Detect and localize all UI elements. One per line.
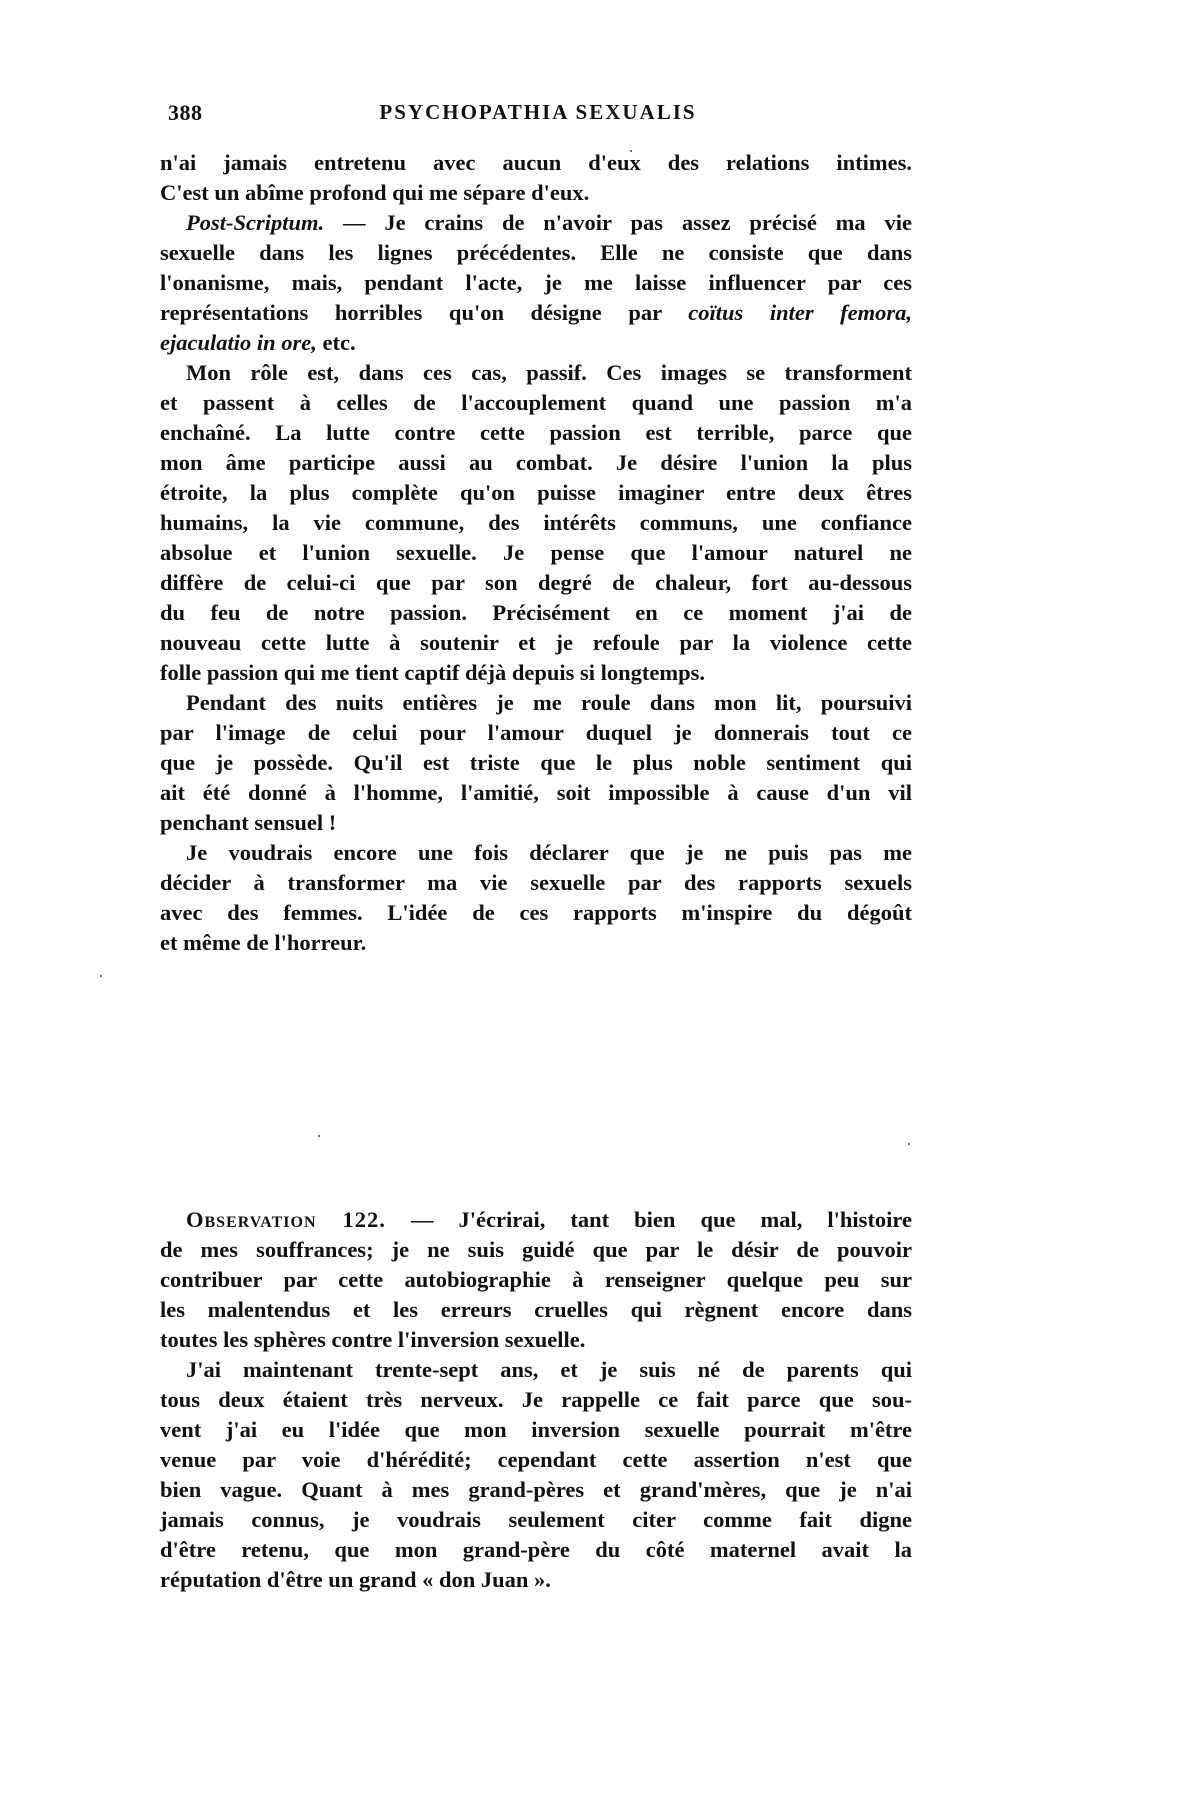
italic-term: coïtus inter femora, — [688, 300, 912, 325]
line-text: — J'écrirai, tant bien que mal, l'histoi… — [386, 1207, 912, 1232]
line-text: réputation d'être un grand « don Juan ». — [160, 1567, 551, 1592]
print-speck — [630, 150, 632, 152]
line-text: folle passion qui me tient captif déjà d… — [160, 660, 705, 685]
line-text: vent j'ai eu l'idée que mon inversion se… — [160, 1417, 912, 1442]
line-text: Je voudrais encore une fois déclarer que… — [186, 840, 912, 865]
line-text: et même de l'horreur. — [160, 930, 366, 955]
line-text: humains, la vie commune, des intérêts co… — [160, 510, 912, 535]
text-line: Observation 122. — J'écrirai, tant bien … — [160, 1205, 912, 1235]
line-text: étroite, la plus complète qu'on puisse i… — [160, 480, 912, 505]
text-line: et passent à celles de l'accouplement qu… — [160, 388, 912, 418]
line-text: mon âme participe aussi au combat. Je dé… — [160, 450, 912, 475]
text-line: contribuer par cette autobiographie à re… — [160, 1265, 912, 1295]
line-text: C'est un abîme profond qui me sépare d'e… — [160, 180, 589, 205]
line-text: représentations horribles qu'on désigne … — [160, 300, 688, 325]
print-speck — [908, 1143, 910, 1145]
text-line: n'ai jamais entretenu avec aucun d'eux d… — [160, 148, 912, 178]
text-line: vent j'ai eu l'idée que mon inversion se… — [160, 1415, 912, 1445]
text-line: enchaîné. La lutte contre cette passion … — [160, 418, 912, 448]
line-text: d'être retenu, que mon grand-père du côt… — [160, 1537, 912, 1562]
text-line: Pendant des nuits entières je me roule d… — [160, 688, 912, 718]
text-line: que je possède. Qu'il est triste que le … — [160, 748, 912, 778]
body-text-post-scriptum: n'ai jamais entretenu avec aucun d'eux d… — [160, 148, 912, 958]
line-text: ait été donné à l'homme, l'amitié, soit … — [160, 780, 912, 805]
text-line: folle passion qui me tient captif déjà d… — [160, 658, 912, 688]
text-line: Post-Scriptum. — Je crains de n'avoir pa… — [160, 208, 912, 238]
text-line: jamais connus, je voudrais seulement cit… — [160, 1505, 912, 1535]
text-line: l'onanisme, mais, pendant l'acte, je me … — [160, 268, 912, 298]
observation-heading: Observation 122. — [186, 1207, 386, 1232]
line-text: absolue et l'union sexuelle. Je pense qu… — [160, 540, 912, 565]
text-line: ejaculatio in ore, etc. — [160, 328, 912, 358]
text-line: de mes souffrances; je ne suis guidé que… — [160, 1235, 912, 1265]
line-text: Mon rôle est, dans ces cas, passif. Ces … — [186, 360, 912, 385]
text-line: C'est un abîme profond qui me sépare d'e… — [160, 178, 912, 208]
text-line: diffère de celui-ci que par son degré de… — [160, 568, 912, 598]
text-line: étroite, la plus complète qu'on puisse i… — [160, 478, 912, 508]
text-line: mon âme participe aussi au combat. Je dé… — [160, 448, 912, 478]
italic-term: Post-Scriptum. — [186, 210, 324, 235]
line-text: venue par voie d'hérédité; cependant cet… — [160, 1447, 912, 1472]
text-line: tous deux étaient très nerveux. Je rappe… — [160, 1385, 912, 1415]
line-text: etc. — [317, 330, 356, 355]
text-line: penchant sensuel ! — [160, 808, 912, 838]
running-head: 388 PSYCHOPATHIA SEXUALIS — [168, 100, 908, 134]
line-text: jamais connus, je voudrais seulement cit… — [160, 1507, 912, 1532]
text-line: décider à transformer ma vie sexuelle pa… — [160, 868, 912, 898]
line-text: contribuer par cette autobiographie à re… — [160, 1267, 912, 1292]
line-text: enchaîné. La lutte contre cette passion … — [160, 420, 912, 445]
line-text: Pendant des nuits entières je me roule d… — [186, 690, 912, 715]
line-text: de mes souffrances; je ne suis guidé que… — [160, 1237, 912, 1262]
text-line: du feu de notre passion. Précisément en … — [160, 598, 912, 628]
text-line: réputation d'être un grand « don Juan ». — [160, 1565, 912, 1595]
text-line: d'être retenu, que mon grand-père du côt… — [160, 1535, 912, 1565]
print-speck — [100, 975, 102, 977]
text-line: bien vague. Quant à mes grand-pères et g… — [160, 1475, 912, 1505]
line-text: les malentendus et les erreurs cruelles … — [160, 1297, 912, 1322]
body-text-observation-122: Observation 122. — J'écrirai, tant bien … — [160, 1205, 912, 1595]
line-text: — Je crains de n'avoir pas assez précisé… — [324, 210, 912, 235]
text-line: avec des femmes. L'idée de ces rapports … — [160, 898, 912, 928]
text-line: représentations horribles qu'on désigne … — [160, 298, 912, 328]
book-page: 388 PSYCHOPATHIA SEXUALIS n'ai jamais en… — [0, 0, 1200, 1800]
line-text: nouveau cette lutte à soutenir et je ref… — [160, 630, 912, 655]
text-line: Mon rôle est, dans ces cas, passif. Ces … — [160, 358, 912, 388]
text-line: humains, la vie commune, des intérêts co… — [160, 508, 912, 538]
running-title: PSYCHOPATHIA SEXUALIS — [168, 100, 908, 125]
text-line: toutes les sphères contre l'inversion se… — [160, 1325, 912, 1355]
text-line: et même de l'horreur. — [160, 928, 912, 958]
line-text: tous deux étaient très nerveux. Je rappe… — [160, 1387, 912, 1412]
line-text: décider à transformer ma vie sexuelle pa… — [160, 870, 912, 895]
line-text: n'ai jamais entretenu avec aucun d'eux d… — [160, 150, 912, 175]
print-speck — [318, 1135, 320, 1137]
line-text: l'onanisme, mais, pendant l'acte, je me … — [160, 270, 912, 295]
line-text: bien vague. Quant à mes grand-pères et g… — [160, 1477, 912, 1502]
text-line: sexuelle dans les lignes précédentes. El… — [160, 238, 912, 268]
line-text: J'ai maintenant trente-sept ans, et je s… — [186, 1357, 912, 1382]
line-text: du feu de notre passion. Précisément en … — [160, 600, 912, 625]
text-line: par l'image de celui pour l'amour duquel… — [160, 718, 912, 748]
text-line: J'ai maintenant trente-sept ans, et je s… — [160, 1355, 912, 1385]
line-text: et passent à celles de l'accouplement qu… — [160, 390, 912, 415]
text-line: nouveau cette lutte à soutenir et je ref… — [160, 628, 912, 658]
text-line: venue par voie d'hérédité; cependant cet… — [160, 1445, 912, 1475]
line-text: avec des femmes. L'idée de ces rapports … — [160, 900, 912, 925]
line-text: penchant sensuel ! — [160, 810, 336, 835]
italic-term: ejaculatio in ore, — [160, 330, 317, 355]
text-line: absolue et l'union sexuelle. Je pense qu… — [160, 538, 912, 568]
line-text: que je possède. Qu'il est triste que le … — [160, 750, 912, 775]
line-text: par l'image de celui pour l'amour duquel… — [160, 720, 912, 745]
text-line: Je voudrais encore une fois déclarer que… — [160, 838, 912, 868]
line-text: sexuelle dans les lignes précédentes. El… — [160, 240, 912, 265]
line-text: toutes les sphères contre l'inversion se… — [160, 1327, 585, 1352]
text-line: les malentendus et les erreurs cruelles … — [160, 1295, 912, 1325]
line-text: diffère de celui-ci que par son degré de… — [160, 570, 912, 595]
text-line: ait été donné à l'homme, l'amitié, soit … — [160, 778, 912, 808]
